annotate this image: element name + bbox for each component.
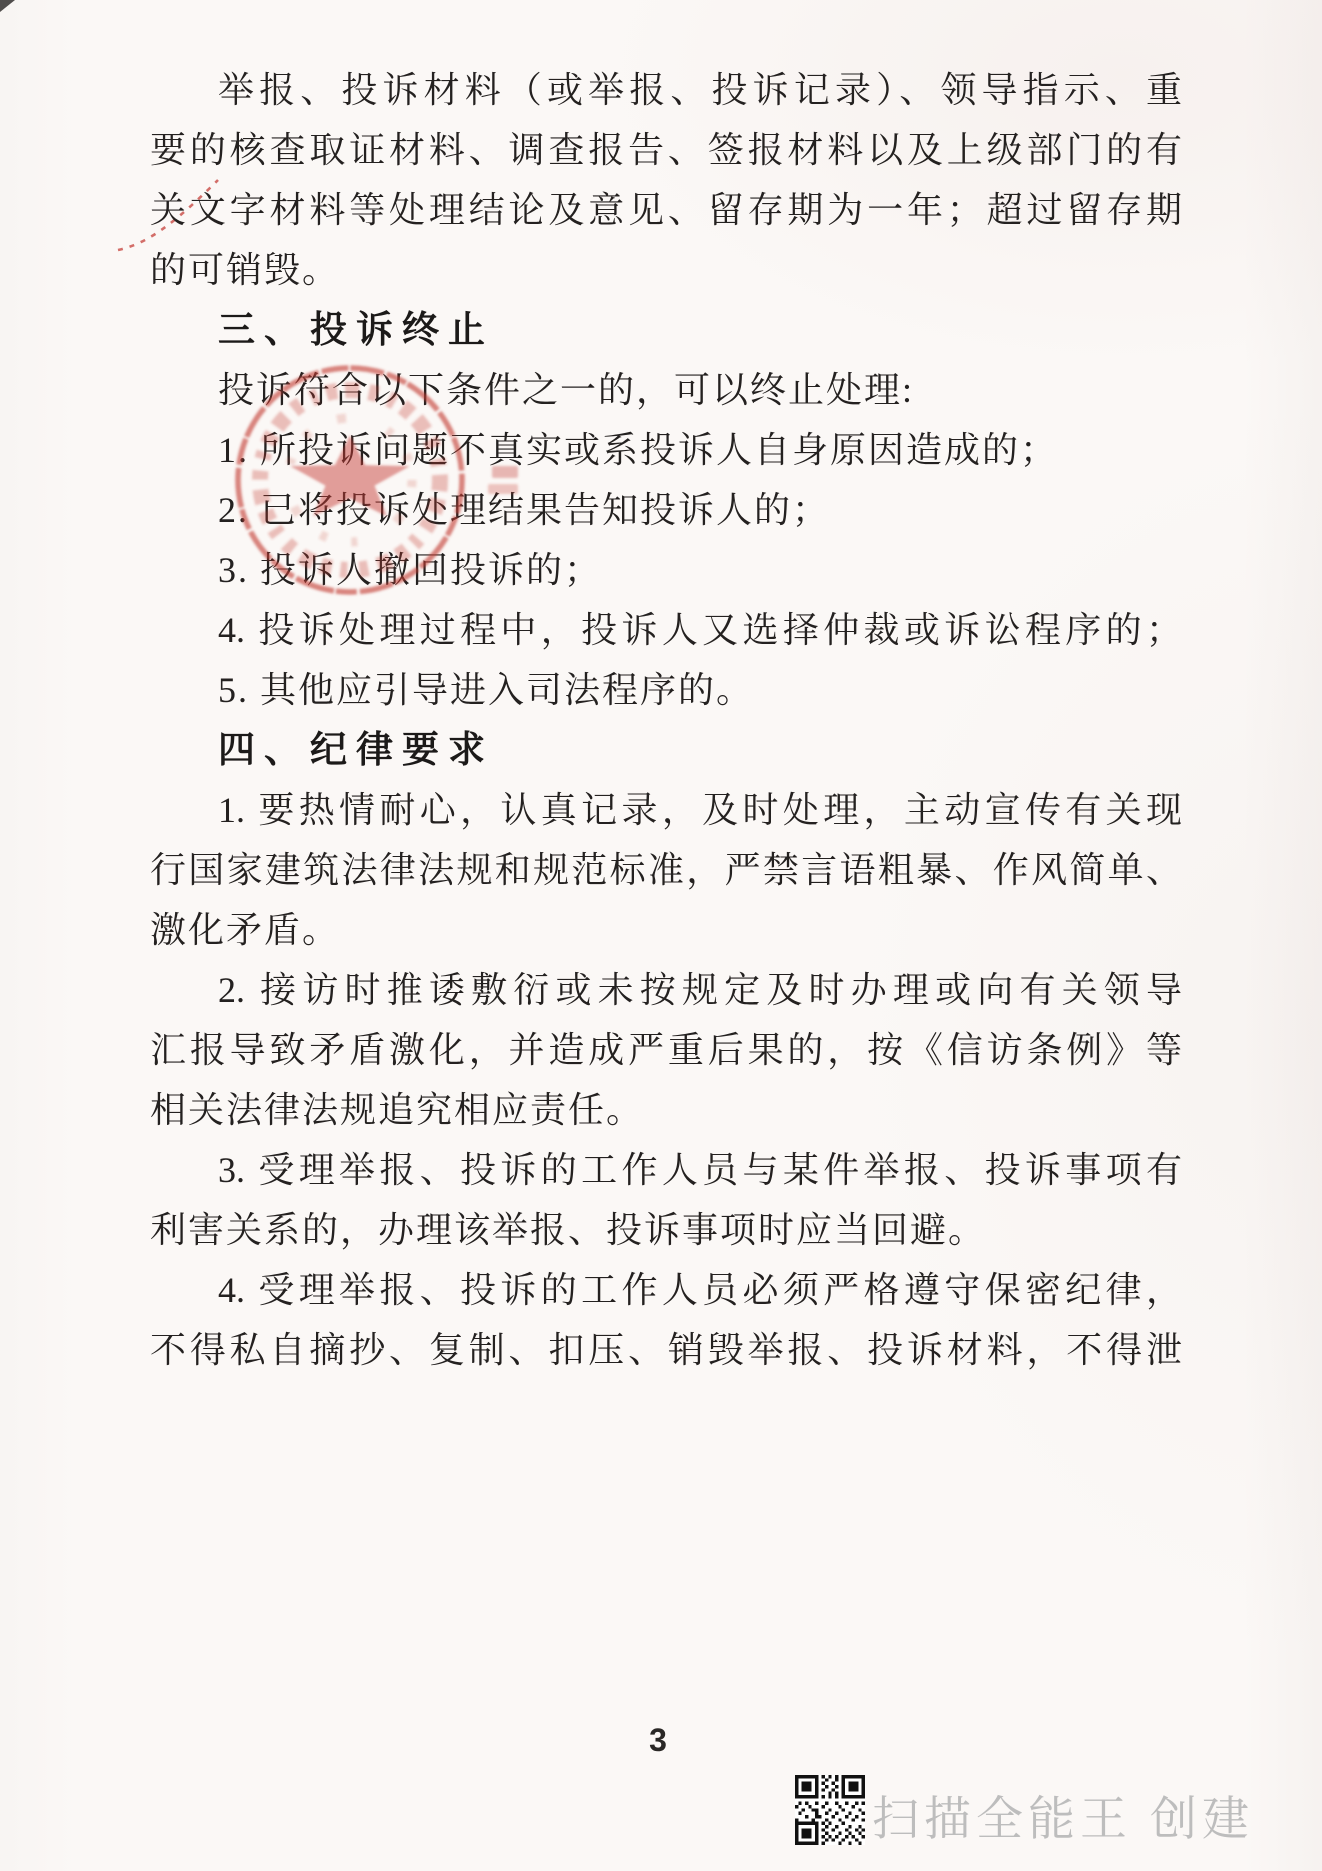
scan-corner-artifact: [0, 0, 15, 12]
section-heading: 三、投诉终止: [150, 300, 1182, 360]
text-line: 相关法律法规追究相应责任。: [150, 1080, 1182, 1140]
list-item: 4. 投诉处理过程中，投诉人又选择仲裁或诉讼程序的；: [150, 600, 1182, 660]
text-line: 投诉符合以下条件之一的，可以终止处理:: [150, 360, 1182, 420]
scanner-watermark-text: 扫描全能王 创建: [872, 1782, 1254, 1849]
scanned-document-page: 举报、投诉材料（或举报、投诉记录）、领导指示、重 要的核查取证材料、调查报告、签…: [0, 0, 1322, 1871]
list-item: 3. 投诉人撤回投诉的；: [150, 540, 1182, 600]
text-line: 不得私自摘抄、复制、扣压、销毁举报、投诉材料，不得泄: [150, 1320, 1182, 1380]
text-line: 激化矛盾。: [150, 900, 1182, 960]
text-line: 1. 要热情耐心，认真记录，及时处理，主动宣传有关现: [150, 780, 1182, 840]
text-line: 的可销毁。: [150, 240, 1182, 300]
document-body: 举报、投诉材料（或举报、投诉记录）、领导指示、重 要的核查取证材料、调查报告、签…: [150, 60, 1182, 1380]
text-line: 行国家建筑法律法规和规范标准，严禁言语粗暴、作风简单、: [150, 840, 1182, 900]
text-line: 要的核查取证材料、调查报告、签报材料以及上级部门的有: [150, 120, 1182, 180]
text-line: 关文字材料等处理结论及意见、留存期为一年；超过留存期: [150, 180, 1182, 240]
text-line: 2. 接访时推诿敷衍或未按规定及时办理或向有关领导: [150, 960, 1182, 1020]
list-item: 1. 所投诉问题不真实或系投诉人自身原因造成的；: [150, 420, 1182, 480]
text-line: 汇报导致矛盾激化，并造成严重后果的，按《信访条例》等: [150, 1020, 1182, 1080]
page-number: 3: [618, 1722, 698, 1759]
text-line: 举报、投诉材料（或举报、投诉记录）、领导指示、重: [150, 60, 1182, 120]
section-heading: 四、纪律要求: [150, 720, 1182, 780]
qr-code-icon: [795, 1773, 865, 1847]
text-line: 利害关系的，办理该举报、投诉事项时应当回避。: [150, 1200, 1182, 1260]
list-item: 2. 已将投诉处理结果告知投诉人的；: [150, 480, 1182, 540]
list-item: 5. 其他应引导进入司法程序的。: [150, 660, 1182, 720]
text-line: 4. 受理举报、投诉的工作人员必须严格遵守保密纪律，: [150, 1260, 1182, 1320]
text-line: 3. 受理举报、投诉的工作人员与某件举报、投诉事项有: [150, 1140, 1182, 1200]
